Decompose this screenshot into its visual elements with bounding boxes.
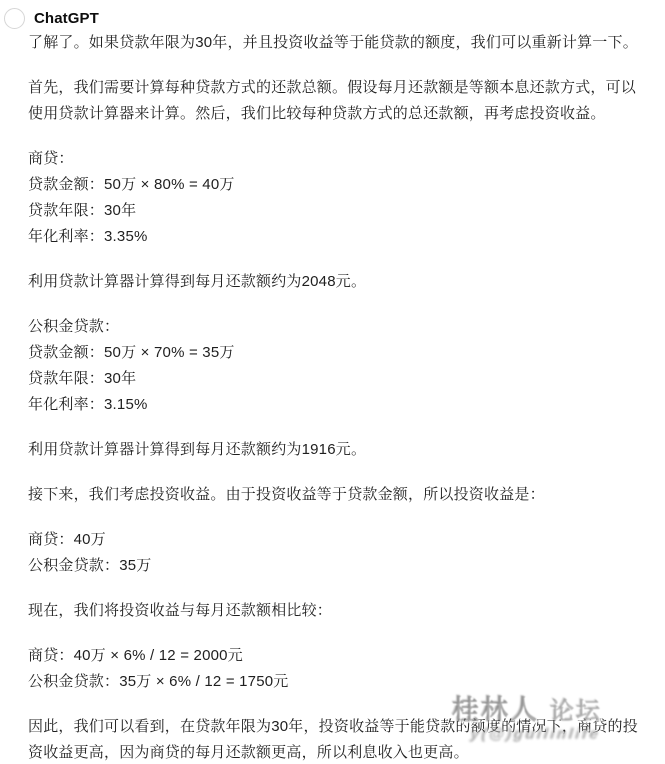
message-paragraph: 公积金贷款： 贷款金额：50万 × 70% = 35万 贷款年限：30年 年化利…: [28, 314, 640, 418]
sender-name: ChatGPT: [34, 10, 99, 27]
message-paragraph: 了解了。如果贷款年限为30年，并且投资收益等于能贷款的额度，我们可以重新计算一下…: [28, 30, 640, 56]
message-header: ChatGPT: [4, 7, 665, 29]
message-paragraph: 商贷：40万 × 6% / 12 = 2000元 公积金贷款：35万 × 6% …: [28, 643, 640, 695]
message-paragraph: 因此，我们可以看到，在贷款年限为30年，投资收益等于能贷款的额度的情况下，商贷的…: [28, 714, 640, 764]
message-paragraph: 首先，我们需要计算每种贷款方式的还款总额。假设每月还款额是等额本息还款方式，可以…: [28, 75, 640, 127]
message-paragraph: 利用贷款计算器计算得到每月还款额约为2048元。: [28, 269, 640, 295]
chatgpt-avatar-icon: [4, 8, 25, 29]
message-paragraph: 现在，我们将投资收益与每月还款额相比较：: [28, 598, 640, 624]
message-paragraph: 接下来，我们考虑投资收益。由于投资收益等于贷款金额，所以投资收益是：: [28, 482, 640, 508]
message-paragraph: 商贷： 贷款金额：50万 × 80% = 40万 贷款年限：30年 年化利率：3…: [28, 146, 640, 250]
message-paragraph: 利用贷款计算器计算得到每月还款额约为1916元。: [28, 437, 640, 463]
message-paragraph: 商贷：40万 公积金贷款：35万: [28, 527, 640, 579]
message-body: 了解了。如果贷款年限为30年，并且投资收益等于能贷款的额度，我们可以重新计算一下…: [28, 30, 640, 764]
